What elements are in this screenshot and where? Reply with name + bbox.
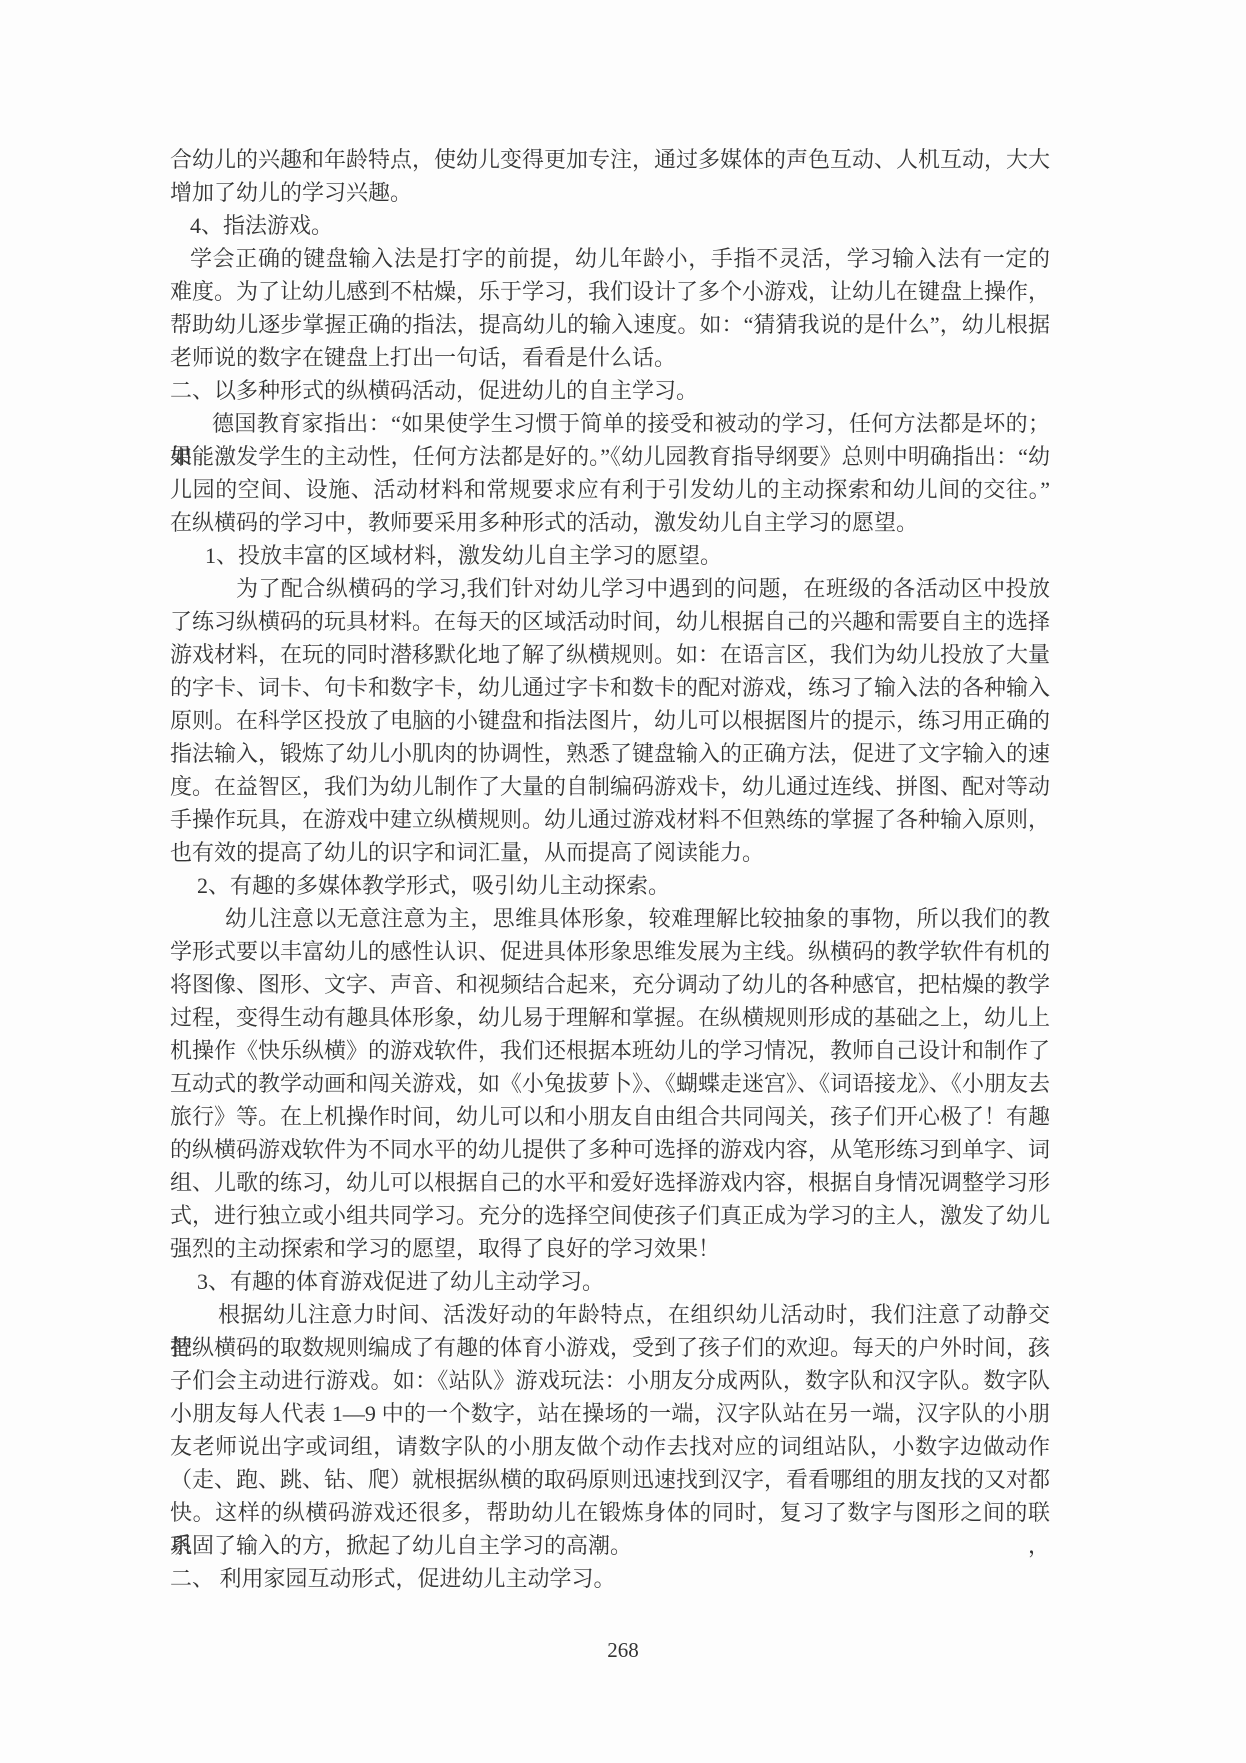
text-line: 指法输入，锻炼了幼儿小肌肉的协调性，熟悉了键盘输入的正确方法，促进了文字输入的速 — [170, 737, 1050, 770]
text-line: 强烈的主动探索和学习的愿望，取得了良好的学习效果！ — [170, 1232, 1050, 1265]
text-line: 旅行》等。在上机操作时间，幼儿可以和小朋友自由组合共同闯关，孩子们开心极了！有趣 — [170, 1100, 1050, 1133]
text-line: 果能激发学生的主动性，任何方法都是好的。”《幼儿园教育指导纲要》总则中明确指出：… — [170, 440, 1050, 473]
text-line: 二、以多种形式的纵横码活动，促进幼儿的自主学习。 — [170, 374, 1050, 407]
text-line: 增加了幼儿的学习兴趣。 — [170, 176, 1050, 209]
text-line: 的字卡、词卡、句卡和数字卡，幼儿通过字卡和数卡的配对游戏，练习了输入法的各种输入 — [170, 671, 1050, 704]
text-line: 手操作玩具，在游戏中建立纵横规则。幼儿通过游戏材料不但熟练的掌握了各种输入原则， — [170, 803, 1050, 836]
text-line: 学会正确的键盘输入法是打字的前提，幼儿年龄小，手指不灵活，学习输入法有一定的 — [170, 242, 1050, 275]
body-text-block: 合幼儿的兴趣和年龄特点，使幼儿变得更加专注，通过多媒体的声色互动、人机互动，大大… — [170, 143, 1050, 1595]
text-line: 帮助幼儿逐步掌握正确的指法，提高幼儿的输入速度。如：“猜猜我说的是什么”，幼儿根… — [170, 308, 1050, 341]
text-line: 难度。为了让幼儿感到不枯燥，乐于学习，我们设计了多个小游戏，让幼儿在键盘上操作， — [170, 275, 1050, 308]
text-line: 友老师说出字或词组，请数字队的小朋友做个动作去找对应的词组站队，小数字边做动作 — [170, 1430, 1050, 1463]
text-line: 过程，变得生动有趣具体形象，幼儿易于理解和掌握。在纵横规则形成的基础之上，幼儿上 — [170, 1001, 1050, 1034]
page-number: 268 — [0, 1638, 1246, 1663]
text-line: 互动式的教学动画和闯关游戏，如《小兔拔萝卜》、《蝴蝶走迷宫》、《词语接龙》、《小… — [170, 1067, 1050, 1100]
text-line: 在纵横码的学习中，教师要采用多种形式的活动，激发幼儿自主学习的愿望。 — [170, 506, 1050, 539]
text-line: 2、有趣的多媒体教学形式，吸引幼儿主动探索。 — [170, 869, 1050, 902]
text-line: 1、投放丰富的区域材料，激发幼儿自主学习的愿望。 — [170, 539, 1050, 572]
text-line: 也有效的提高了幼儿的识字和词汇量，从而提高了阅读能力。 — [170, 836, 1050, 869]
text-line: 3、有趣的体育游戏促进了幼儿主动学习。 — [170, 1265, 1050, 1298]
text-line: 学形式要以丰富幼儿的感性认识、促进具体形象思维发展为主线。纵横码的教学软件有机的 — [170, 935, 1050, 968]
text-line: 原则。在科学区投放了电脑的小键盘和指法图片，幼儿可以根据图片的提示，练习用正确的 — [170, 704, 1050, 737]
text-line: 幼儿注意以无意注意为主，思维具体形象，较难理解比较抽象的事物，所以我们的教 — [170, 902, 1050, 935]
text-line: 4、指法游戏。 — [170, 209, 1050, 242]
text-line: 二、 利用家园互动形式，促进幼儿主动学习。 — [170, 1562, 1050, 1595]
text-line: 老师说的数字在键盘上打出一句话，看看是什么话。 — [170, 341, 1050, 374]
document-page: 合幼儿的兴趣和年龄特点，使幼儿变得更加专注，通过多媒体的声色互动、人机互动，大大… — [0, 0, 1246, 1763]
text-line: 根据幼儿注意力时间、活泼好动的年龄特点，在组织幼儿活动时，我们注意了动静交替。 — [170, 1298, 1050, 1331]
text-line: （走、跑、跳、钻、爬）就根据纵横的取码原则迅速找到汉字，看看哪组的朋友找的又对都 — [170, 1463, 1050, 1496]
text-line: 子们会主动进行游戏。如：《站队》游戏玩法：小朋友分成两队，数字队和汉字队。数字队 — [170, 1364, 1050, 1397]
text-line: 了练习纵横码的玩具材料。在每天的区域活动时间，幼儿根据自己的兴趣和需要自主的选择 — [170, 605, 1050, 638]
text-line: 为了配合纵横码的学习,我们针对幼儿学习中遇到的问题，在班级的各活动区中投放 — [170, 572, 1050, 605]
text-line: 度。在益智区，我们为幼儿制作了大量的自制编码游戏卡，幼儿通过连线、拼图、配对等动 — [170, 770, 1050, 803]
text-line: 德国教育家指出：“如果使学生习惯于简单的接受和被动的学习，任何方法都是坏的；如 — [170, 407, 1050, 440]
text-line: 合幼儿的兴趣和年龄特点，使幼儿变得更加专注，通过多媒体的声色互动、人机互动，大大 — [170, 143, 1050, 176]
text-line: 小朋友每人代表 1—9 中的一个数字，站在操场的一端，汉字队站在另一端，汉字队的… — [170, 1397, 1050, 1430]
text-line: 快。这样的纵横码游戏还很多，帮助幼儿在锻炼身体的同时，复习了数字与图形之间的联系… — [170, 1496, 1050, 1529]
text-line: 组、儿歌的练习，幼儿可以根据自己的水平和爱好选择游戏内容，根据自身情况调整学习形 — [170, 1166, 1050, 1199]
text-line: 将图像、图形、文字、声音、和视频结合起来，充分调动了幼儿的各种感官，把枯燥的教学 — [170, 968, 1050, 1001]
text-line: 式，进行独立或小组共同学习。充分的选择空间使孩子们真正成为学习的主人，激发了幼儿 — [170, 1199, 1050, 1232]
text-line: 把纵横码的取数规则编成了有趣的体育小游戏，受到了孩子们的欢迎。每天的户外时间，孩 — [170, 1331, 1050, 1364]
text-line: 儿园的空间、设施、活动材料和常规要求应有利于引发幼儿的主动探索和幼儿间的交往。” — [170, 473, 1050, 506]
text-line: 的纵横码游戏软件为不同水平的幼儿提供了多种可选择的游戏内容，从笔形练习到单字、词 — [170, 1133, 1050, 1166]
text-line: 机操作《快乐纵横》的游戏软件，我们还根据本班幼儿的学习情况，教师自己设计和制作了 — [170, 1034, 1050, 1067]
text-line: 游戏材料，在玩的同时潜移默化地了解了纵横规则。如：在语言区，我们为幼儿投放了大量 — [170, 638, 1050, 671]
